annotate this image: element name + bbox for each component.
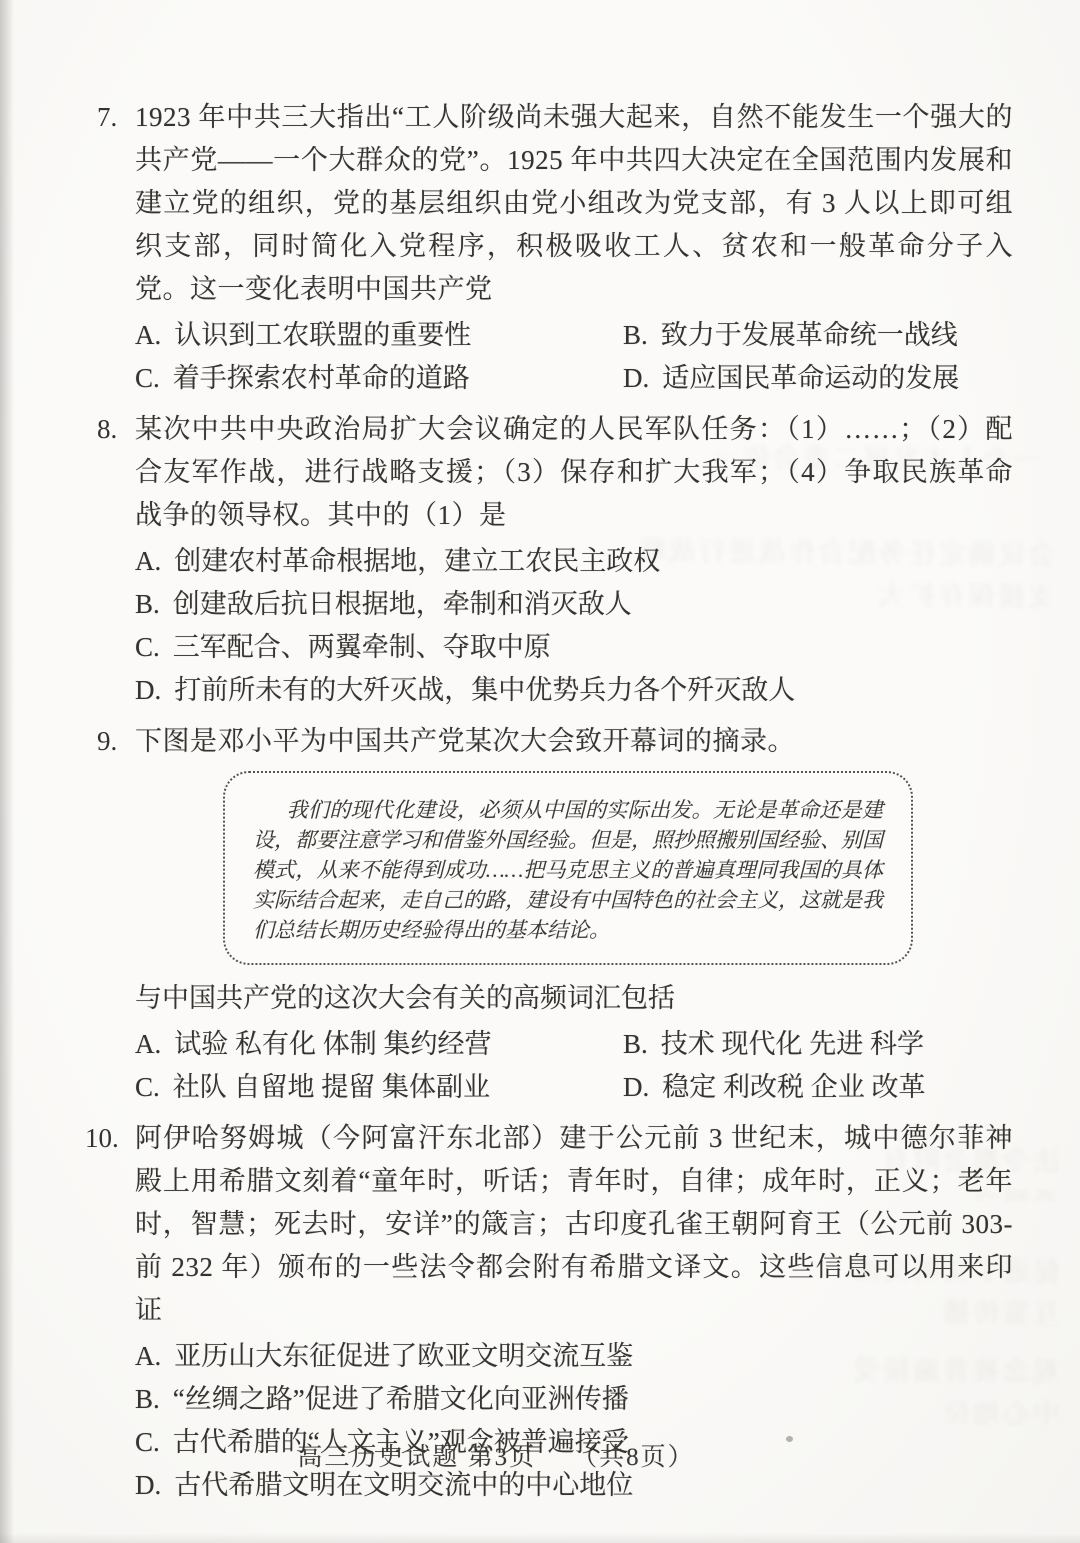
question-7: 7. 1923 年中共三大指出“工人阶级尚未强大起来，自然不能发生一个强大的共产… [97, 96, 1013, 400]
option-label: C. [135, 1427, 160, 1457]
question-7-option-a: A.认识到工农联盟的重要性 [135, 314, 623, 357]
option-text: 试验 私有化 体制 集约经营 [174, 1029, 491, 1059]
question-9-option-d: D.稳定 利改税 企业 改革 [623, 1066, 1013, 1109]
question-8-option-b: B.创建敌后抗日根据地，牵制和消灭敌人 [135, 583, 1013, 626]
option-text: 亚历山大东征促进了欧亚文明交流互鉴 [174, 1341, 633, 1371]
option-text: 三军配合、两翼牵制、夺取中原 [173, 632, 551, 662]
option-label: C. [135, 363, 160, 393]
option-text: 适应国民革命运动的发展 [662, 363, 959, 393]
option-label: D. [135, 1470, 161, 1500]
scan-bottom-shadow [0, 1533, 1080, 1543]
option-text: 创建敌后抗日根据地，牵制和消灭敌人 [173, 589, 632, 619]
option-text: 创建农村革命根据地，建立工农民主政权 [174, 546, 660, 576]
page-footer: 高三历史试题 第3页 （共8页） [297, 1437, 694, 1473]
option-label: C. [135, 1072, 160, 1102]
question-9-option-a: A.试验 私有化 体制 集约经营 [135, 1023, 623, 1066]
exam-content: 7. 1923 年中共三大指出“工人阶级尚未强大起来，自然不能发生一个强大的共产… [97, 96, 1013, 1515]
question-10-option-a: A.亚历山大东征促进了欧亚文明交流互鉴 [135, 1335, 1013, 1378]
option-text: 致力于发展革命统一战线 [661, 320, 958, 350]
footer-total-pages: （共8页） [572, 1437, 695, 1473]
option-label: A. [135, 320, 161, 350]
question-10-stem: 阿伊哈努姆城（今阿富汗东北部）建于公元前 3 世纪末，城中德尔菲神殿上用希腊文刻… [135, 1117, 1013, 1332]
question-9-option-b: B.技术 现代化 先进 科学 [623, 1023, 1013, 1066]
option-label: A. [135, 546, 161, 576]
question-7-stem: 1923 年中共三大指出“工人阶级尚未强大起来，自然不能发生一个强大的共产党——… [135, 96, 1013, 311]
option-label: D. [623, 1072, 649, 1102]
quote-text: 我们的现代化建设，必须从中国的实际出发。无论是革命还是建设，都要注意学习和借鉴外… [253, 795, 883, 945]
option-text: 打前所未有的大歼灭战，集中优势兵力各个歼灭敌人 [174, 675, 795, 705]
option-label: B. [623, 1029, 648, 1059]
question-7-option-c: C.着手探索农村革命的道路 [135, 357, 623, 400]
question-7-option-b: B.致力于发展革命统一战线 [623, 314, 1013, 357]
deng-xiaoping-quote-box: 我们的现代化建设，必须从中国的实际出发。无论是革命还是建设，都要注意学习和借鉴外… [223, 771, 913, 965]
option-label: B. [135, 589, 160, 619]
question-8-option-d: D.打前所未有的大歼灭战，集中优势兵力各个歼灭敌人 [135, 669, 1013, 712]
footer-paper-title-page: 高三历史试题 第3页 [297, 1437, 536, 1473]
option-label: A. [135, 1341, 161, 1371]
question-8-number: 8. [97, 408, 117, 451]
question-8-stem: 某次中共中央政治局扩大会议确定的人民军队任务：（1）……；（2）配合友军作战，进… [135, 408, 1013, 537]
question-9-option-c: C.社队 自留地 提留 集体副业 [135, 1066, 623, 1109]
question-8-option-a: A.创建农村革命根据地，建立工农民主政权 [135, 540, 1013, 583]
option-text: 认识到工农联盟的重要性 [174, 320, 471, 350]
question-8: 8. 某次中共中央政治局扩大会议确定的人民军队任务：（1）……；（2）配合友军作… [97, 408, 1013, 712]
question-8-options: A.创建农村革命根据地，建立工农民主政权 B.创建敌后抗日根据地，牵制和消灭敌人… [135, 540, 1013, 712]
question-10-option-b: B.“丝绸之路”促进了希腊文化向亚洲传播 [135, 1378, 1013, 1421]
option-text: “丝绸之路”促进了希腊文化向亚洲传播 [173, 1384, 629, 1414]
option-label: A. [135, 1029, 161, 1059]
option-label: B. [135, 1384, 160, 1414]
question-9-stem-continued: 与中国共产党的这次大会有关的高频词汇包括 [135, 977, 1013, 1020]
option-text: 古代希腊文明在文明交流中的中心地位 [174, 1470, 633, 1500]
option-label: D. [623, 363, 649, 393]
question-9-number: 9. [97, 720, 117, 763]
scan-speck [786, 1436, 793, 1442]
option-text: 着手探索农村革命的道路 [173, 363, 470, 393]
question-7-option-d: D.适应国民革命运动的发展 [623, 357, 1013, 400]
question-9-options: A.试验 私有化 体制 集约经营 B.技术 现代化 先进 科学 C.社队 自留地… [135, 1023, 1013, 1109]
option-label: D. [135, 675, 161, 705]
question-8-option-c: C.三军配合、两翼牵制、夺取中原 [135, 626, 1013, 669]
exam-page: 一个人才发展二委会依一 会议确定任务配合作战进行战略支援保存扩大 法令都会附有希… [0, 0, 1080, 1543]
question-10-options: A.亚历山大东征促进了欧亚文明交流互鉴 B.“丝绸之路”促进了希腊文化向亚洲传播… [135, 1335, 1013, 1507]
question-9-stem: 下图是邓小平为中国共产党某次大会致开幕词的摘录。 [135, 720, 1013, 763]
question-10-number: 10. [85, 1117, 119, 1160]
option-text: 技术 现代化 先进 科学 [661, 1029, 924, 1059]
question-9: 9. 下图是邓小平为中国共产党某次大会致开幕词的摘录。 我们的现代化建设，必须从… [97, 720, 1013, 1109]
question-7-options: A.认识到工农联盟的重要性 B.致力于发展革命统一战线 C.着手探索农村革命的道… [135, 314, 1013, 400]
question-7-number: 7. [97, 96, 117, 139]
option-label: B. [623, 320, 648, 350]
option-text: 稳定 利改税 企业 改革 [662, 1072, 925, 1102]
option-label: C. [135, 632, 160, 662]
option-text: 社队 自留地 提留 集体副业 [173, 1072, 490, 1102]
scan-edge-shadow [0, 0, 14, 1543]
